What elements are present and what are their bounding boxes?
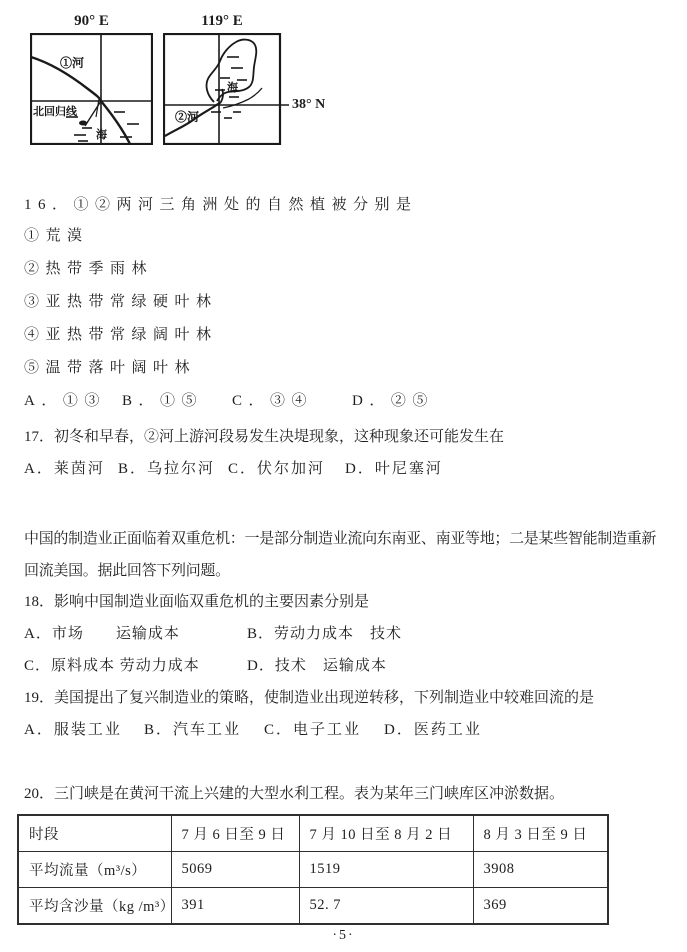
left-map-sea-label: 海 [96,127,108,141]
left-map: ①河 北回归线 海 [30,33,153,145]
river-1-label: ①河 [60,55,84,70]
sediment-data-table: 时段 7 月 6 日至 9 日 7 月 10 日至 8 月 2 日 8 月 3 … [17,814,609,925]
right-map: 海 ②河 [163,33,289,145]
q18-option-b: B．劳动力成本 技术 [247,626,402,642]
table-header-range-2: 7 月 10 日至 8 月 2 日 [299,815,473,852]
avg-flow-value-1: 5069 [171,852,299,888]
avg-flow-value-3: 3908 [473,852,608,888]
passage-line-2: 回流美国。据此回答下列问题。 [24,563,230,579]
page-number: ·5· [0,928,687,944]
q16-option-b: B．①⑤ [122,393,203,409]
q16-item-3: ③亚热带常绿硬叶林 [24,294,218,310]
q18-option-c: C．原料成本 劳动力成本 [24,658,200,674]
table-row-avg-sediment: 平均含沙量（kg /m³） 391 52. 7 369 [18,888,608,925]
table-row-avg-flow: 平均流量（m³/s） 5069 1519 3908 [18,852,608,888]
right-map-longitude-label: 119° E [163,13,281,30]
river-2-label: ②河 [175,109,199,124]
q17-option-b: B．乌拉尔河 [118,461,215,477]
q16-option-a: A．①③ [24,393,106,409]
q18-option-a: A．市场 运输成本 [24,626,180,642]
question-20-stem: 20．三门峡是在黄河干流上兴建的大型水利工程。表为某年三门峡库区冲淤数据。 [24,786,564,802]
q16-item-1: ①荒漠 [24,228,89,244]
right-map-latitude-label: 38° N [292,97,325,113]
table-header-range-3: 8 月 3 日至 9 日 [473,815,608,852]
q19-option-d: D．医药工业 [384,722,482,738]
q16-item-4: ④亚热带常绿阔叶林 [24,327,218,343]
avg-sediment-value-3: 369 [473,888,608,925]
q18-option-d: D．技术 运输成本 [247,658,387,674]
q19-option-a: A．服装工业 [24,722,122,738]
q16-option-d: D．②⑤ [352,393,434,409]
q17-option-a: A．莱茵河 [24,461,105,477]
question-16-stem: 16．①②两河三角洲处的自然植被分别是 [24,197,418,213]
exam-page: 90° E 119° E ①河 北回归线 海 [0,0,687,952]
question-19-stem: 19．美国提出了复兴制造业的策略，使制造业出现逆转移，下列制造业中较难回流的是 [24,690,594,706]
q16-option-c: C．③④ [232,393,313,409]
q16-item-2: ②热带季雨林 [24,261,153,277]
q16-item-5: ⑤温带落叶阔叶林 [24,360,196,376]
table-header-row: 时段 7 月 6 日至 9 日 7 月 10 日至 8 月 2 日 8 月 3 … [18,815,608,852]
table-header-range-1: 7 月 6 日至 9 日 [171,815,299,852]
right-map-sea-label: 海 [227,80,239,94]
q17-option-d: D．叶尼塞河 [345,461,443,477]
table-header-period: 时段 [18,815,171,852]
passage-line-1: 中国的制造业正面临着双重危机：一是部分制造业流向东南亚、南亚等地；二是某些智能制… [24,531,656,547]
question-18-stem: 18．影响中国制造业面临双重危机的主要因素分别是 [24,594,369,610]
avg-sediment-value-1: 391 [171,888,299,925]
left-map-longitude-label: 90° E [30,13,153,30]
avg-sediment-value-2: 52. 7 [299,888,473,925]
row-label-avg-sediment: 平均含沙量（kg /m³） [18,888,171,925]
q19-option-b: B．汽车工业 [144,722,241,738]
q19-option-c: C．电子工业 [264,722,361,738]
tropic-of-cancer-label: 北回归线 [33,104,78,118]
avg-flow-value-2: 1519 [299,852,473,888]
question-17-stem: 17．初冬和早春，②河上游河段易发生决堤现象，这种现象还可能发生在 [24,429,504,445]
row-label-avg-flow: 平均流量（m³/s） [18,852,171,888]
q17-option-c: C．伏尔加河 [228,461,325,477]
